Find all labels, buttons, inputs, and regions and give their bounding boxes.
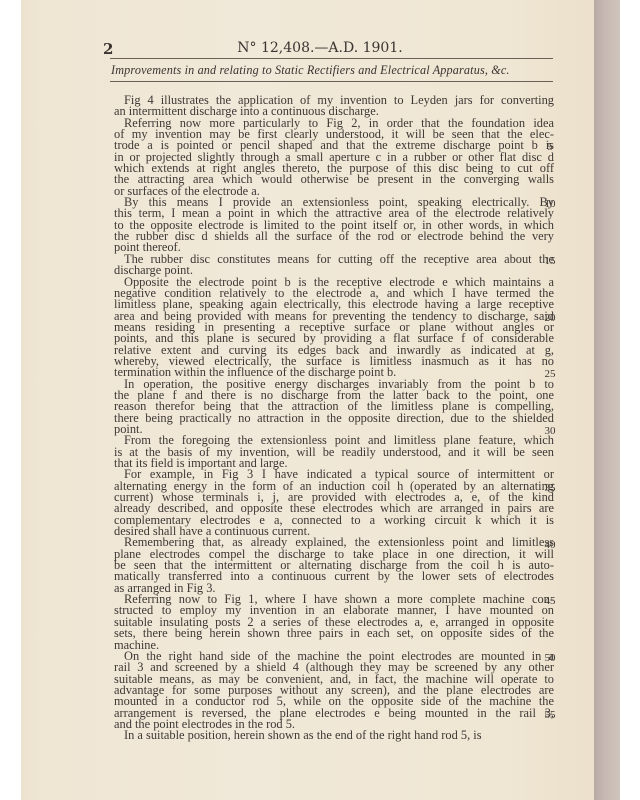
line-number: 25: [535, 368, 565, 380]
line-number: 35: [535, 482, 565, 494]
text-line: In a suitable position, herein shown as …: [114, 730, 554, 741]
patent-body-text: Fig 4 illustrates the application of my …: [114, 95, 554, 742]
patent-number-heading: N° 12,408.—A.D. 1901.: [0, 40, 640, 56]
line-number: 20: [535, 312, 565, 324]
line-number: 55: [535, 709, 565, 721]
text-line: there being practically no attraction in…: [114, 413, 554, 424]
header-rule-top: [110, 58, 553, 59]
line-number: 10: [535, 198, 565, 210]
line-number: 40: [535, 539, 565, 551]
line-number: 45: [535, 595, 565, 607]
line-number: 5: [535, 141, 565, 153]
line-number: 15: [535, 255, 565, 267]
patent-subtitle: Improvements in and relating to Static R…: [111, 63, 555, 78]
line-number: 50: [535, 652, 565, 664]
header-rule-bottom: [110, 81, 553, 82]
text-line: sets, there being herein shown three pai…: [114, 628, 554, 639]
line-number: 30: [535, 425, 565, 437]
page-edge-shadow: [594, 0, 620, 800]
